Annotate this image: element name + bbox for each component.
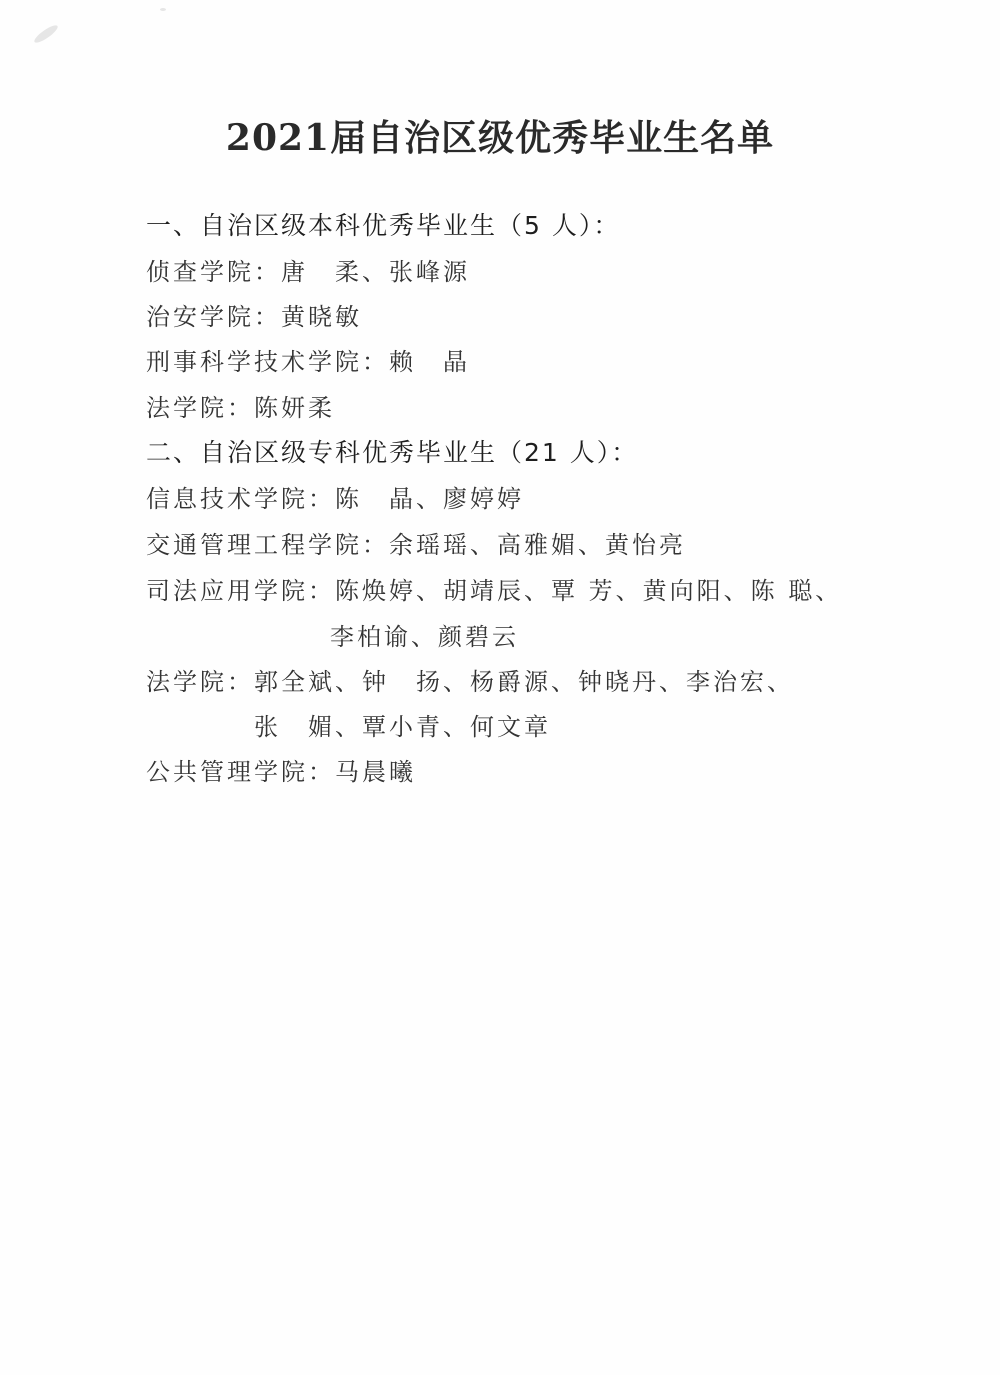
student-names: 唐 柔、张峰源: [281, 258, 470, 286]
department-label: 法学院：: [146, 668, 254, 696]
entry-line: 信息技术学院：陈 晶、廖婷婷: [146, 484, 524, 514]
entry-line: 司法应用学院：陈焕婷、胡靖辰、覃 芳、黄向阳、陈 聪、: [146, 576, 842, 606]
department-label: 法学院：: [146, 394, 254, 422]
student-names: 黄晓敏: [281, 303, 362, 331]
student-names: 陈焕婷、胡靖辰、覃 芳、黄向阳、陈 聪、: [335, 577, 842, 605]
entry-line: 治安学院：黄晓敏: [146, 302, 362, 332]
student-names: 赖 晶: [389, 348, 470, 376]
department-label: 刑事科学技术学院：: [146, 348, 389, 376]
section-heading-junior-college: 二、自治区级专科优秀毕业生（21 人）：: [146, 438, 638, 468]
student-names: 陈妍柔: [254, 394, 335, 422]
entry-line: 法学院：郭全斌、钟 扬、杨爵源、钟晓丹、李治宏、: [146, 667, 794, 697]
department-label: 公共管理学院：: [146, 758, 335, 786]
student-names: 陈 晶、廖婷婷: [335, 485, 524, 513]
entry-line: 交通管理工程学院：余瑶瑶、高雅媚、黄怡亮: [146, 530, 686, 560]
student-names: 郭全斌、钟 扬、杨爵源、钟晓丹、李治宏、: [254, 668, 794, 696]
department-label: 交通管理工程学院：: [146, 531, 389, 559]
student-names-continued: 李柏谕、颜碧云: [330, 622, 519, 652]
department-label: 侦查学院：: [146, 258, 281, 286]
scanned-page: 2021届自治区级优秀毕业生名单 一、自治区级本科优秀毕业生（5 人）： 侦查学…: [0, 0, 1000, 1375]
entry-line: 法学院：陈妍柔: [146, 393, 335, 423]
department-label: 治安学院：: [146, 303, 281, 331]
department-label: 信息技术学院：: [146, 485, 335, 513]
section-heading-undergraduate: 一、自治区级本科优秀毕业生（5 人）：: [146, 211, 620, 241]
scan-artifact: [32, 23, 60, 46]
student-names: 马晨曦: [335, 758, 416, 786]
entry-line: 公共管理学院：马晨曦: [146, 757, 416, 787]
document-title: 2021届自治区级优秀毕业生名单: [0, 110, 1000, 161]
entry-line: 侦查学院：唐 柔、张峰源: [146, 257, 470, 287]
entry-line: 刑事科学技术学院：赖 晶: [146, 347, 470, 377]
student-names-continued: 张 媚、覃小青、何文章: [254, 712, 551, 742]
scan-artifact: [160, 8, 166, 11]
student-names: 余瑶瑶、高雅媚、黄怡亮: [389, 531, 686, 559]
department-label: 司法应用学院：: [146, 577, 335, 605]
